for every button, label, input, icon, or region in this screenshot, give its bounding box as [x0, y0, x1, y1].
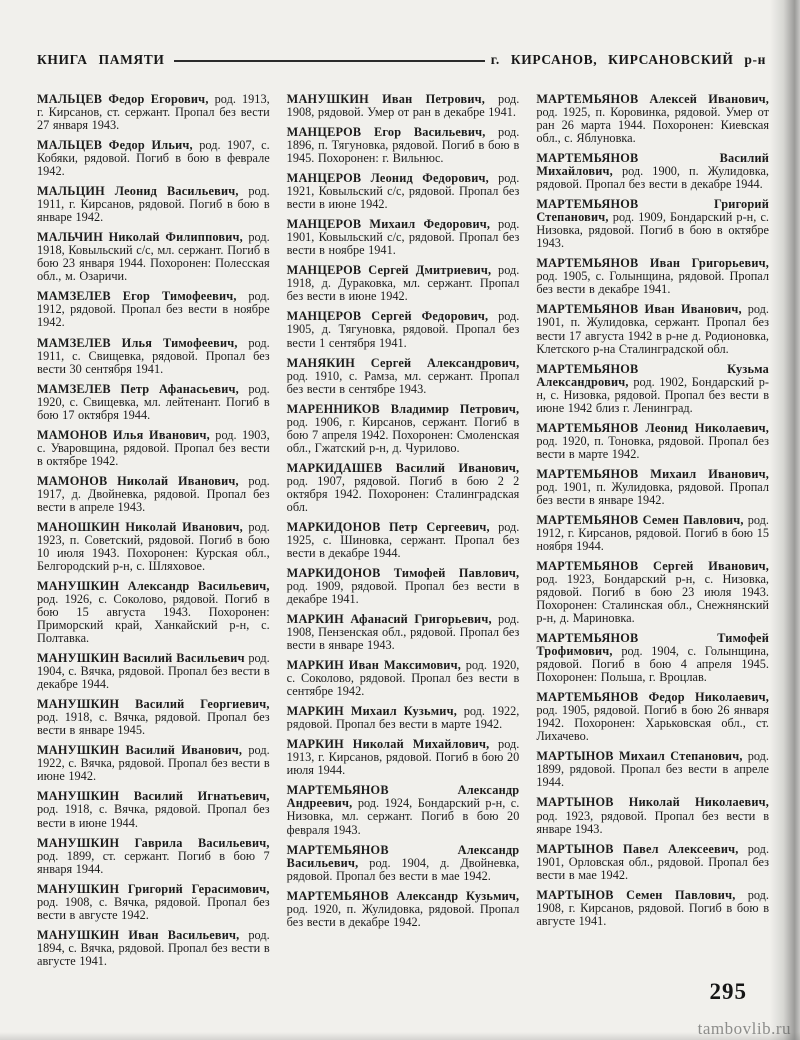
- scanned-book-page: КНИГА ПАМЯТИ г. КИРСАНОВ, КИРСАНОВСКИЙ р…: [0, 0, 800, 1040]
- entry-person-name: МАРТЕМЬЯНОВ Александр Васильевич,: [287, 843, 520, 870]
- memorial-entry: МАНУШКИН Иван Васильевич, род. 1894, с. …: [37, 929, 270, 968]
- entry-person-name: МАРТЕМЬЯНОВ Сергей Иванович,: [536, 559, 769, 573]
- column-3: МАРТЕМЬЯНОВ Алексей Иванович, род. 1925,…: [536, 93, 769, 975]
- memorial-entry: МАРКИДАШЕВ Василий Иванович, род. 1907, …: [287, 462, 520, 514]
- memorial-entry: МАНУШКИН Василий Васильевич род. 1904, с…: [37, 652, 270, 691]
- entry-person-name: МАНУШКИН Григорий Герасимович,: [37, 882, 270, 896]
- memorial-entry: МАРТЕМЬЯНОВ Кузьма Александрович, род. 1…: [536, 363, 769, 415]
- memorial-entry: МАРТЫНОВ Павел Алексеевич, род. 1901, Ор…: [536, 843, 769, 882]
- memorial-entry: МАРТЕМЬЯНОВ Алексей Иванович, род. 1925,…: [536, 93, 769, 145]
- entry-person-name: МАЛЬЦЕВ Федор Ильич,: [37, 138, 193, 152]
- entry-person-name: МАЛЬЧИН Николай Филиппович,: [37, 230, 243, 244]
- memorial-entry: МАНЯКИН Сергей Александрович, род. 1910,…: [287, 357, 520, 396]
- entry-person-name: МАРТЕМЬЯНОВ Кузьма Александрович,: [536, 362, 769, 389]
- entry-person-name: МАРТЕМЬЯНОВ Александр Кузьмич,: [287, 889, 520, 903]
- memorial-entry: МАРКИН Николай Михайлович, род. 1913, г.…: [287, 738, 520, 777]
- entry-person-name: МАРТЫНОВ Михаил Степанович,: [536, 749, 742, 763]
- entry-person-name: МАНЦЕРОВ Сергей Федорович,: [287, 309, 489, 323]
- memorial-entry: МАРТЕМЬЯНОВ Тимофей Трофимович, род. 190…: [536, 632, 769, 684]
- entry-person-name: МАНУШКИН Гаврила Васильевич,: [37, 836, 270, 850]
- memorial-entry: МАРКИДОНОВ Петр Сергеевич, род. 1925, с.…: [287, 521, 520, 560]
- entry-person-name: МАНУШКИН Александр Васильевич,: [37, 579, 270, 593]
- memorial-entry: МАНУШКИН Василий Игнатьевич, род. 1918, …: [37, 790, 270, 829]
- memorial-entry: МАРТЕМЬЯНОВ Александр Васильевич, род. 1…: [287, 844, 520, 883]
- entry-person-name: МАМОНОВ Илья Иванович,: [37, 428, 210, 442]
- entry-person-name: МАНУШКИН Иван Васильевич,: [37, 928, 239, 942]
- memorial-entry: МАНУШКИН Григорий Герасимович, род. 1908…: [37, 883, 270, 922]
- entry-person-name: МАРЕННИКОВ Владимир Петрович,: [287, 402, 520, 416]
- library-watermark: tambovlib.ru: [698, 1019, 791, 1039]
- entry-person-name: МАРКИН Николай Михайлович,: [287, 737, 490, 751]
- memorial-entry: МАНЦЕРОВ Михаил Федорович, род. 1901, Ко…: [287, 218, 520, 257]
- memorial-entry: МАНУШКИН Иван Петрович, род. 1908, рядов…: [287, 93, 520, 119]
- memorial-entry: МАРТЕМЬЯНОВ Иван Григорьевич, род. 1905,…: [536, 257, 769, 296]
- memorial-entry: МАЛЬЧИН Николай Филиппович, род. 1918, К…: [37, 231, 270, 283]
- memorial-entry: МАНЦЕРОВ Сергей Дмитриевич, род. 1918, д…: [287, 264, 520, 303]
- entry-person-name: МАНУШКИН Василий Георгиевич,: [37, 697, 270, 711]
- entry-person-name: МАРТЕМЬЯНОВ Федор Николаевич,: [536, 690, 769, 704]
- memorial-entry: МАНОШКИН Николай Иванович, род. 1923, п.…: [37, 521, 270, 573]
- page-header: КНИГА ПАМЯТИ г. КИРСАНОВ, КИРСАНОВСКИЙ р…: [37, 52, 766, 68]
- entry-person-name: МАРТЕМЬЯНОВ Григорий Степанович,: [536, 197, 769, 224]
- entry-person-name: МАРТЫНОВ Семен Павлович,: [536, 888, 735, 902]
- entry-person-name: МАМЗЕЛЕВ Петр Афанасьевич,: [37, 382, 239, 396]
- entry-person-name: МАРТЕМЬЯНОВ Семен Павлович,: [536, 513, 743, 527]
- memorial-entry: МАМОНОВ Николай Иванович, род. 1917, д. …: [37, 475, 270, 514]
- entry-person-name: МАРТЫНОВ Павел Алексеевич,: [536, 842, 738, 856]
- entry-person-name: МАНЯКИН Сергей Александрович,: [287, 356, 520, 370]
- entry-person-name: МАНЦЕРОВ Егор Васильевич,: [287, 125, 486, 139]
- entry-person-name: МАМЗЕЛЕВ Егор Тимофеевич,: [37, 289, 237, 303]
- entry-person-name: МАРТЕМЬЯНОВ Михаил Иванович,: [536, 467, 769, 481]
- entry-person-name: МАНЦЕРОВ Михаил Федорович,: [287, 217, 490, 231]
- column-2: МАНУШКИН Иван Петрович, род. 1908, рядов…: [287, 93, 520, 975]
- memorial-entry: МАЛЬЦЕВ Федор Ильич, род. 1907, с. Кобяк…: [37, 139, 270, 178]
- memorial-entry: МАРТЕМЬЯНОВ Семен Павлович, род. 1912, г…: [536, 514, 769, 553]
- scan-edge-shadow: [770, 0, 800, 1040]
- entry-person-name: МАНЦЕРОВ Леонид Федорович,: [287, 171, 489, 185]
- memorial-entry: МАРТЕМЬЯНОВ Леонид Николаевич, род. 1920…: [536, 422, 769, 461]
- entry-person-name: МАНУШКИН Василий Игнатьевич,: [37, 789, 270, 803]
- memorial-entry: МАРКИН Иван Максимович, род. 1920, с. Со…: [287, 659, 520, 698]
- entry-person-name: МАНОШКИН Николай Иванович,: [37, 520, 243, 534]
- entry-person-name: МАРТЕМЬЯНОВ Василий Михайлович,: [536, 151, 769, 178]
- memorial-entry: МАМЗЕЛЕВ Илья Тимофеевич, род. 1911, с. …: [37, 337, 270, 376]
- entry-person-name: МАРТЫНОВ Николай Николаевич,: [536, 795, 769, 809]
- memorial-entry: МАМЗЕЛЕВ Петр Афанасьевич, род. 1920, с.…: [37, 383, 270, 422]
- entry-person-name: МАРТЕМЬЯНОВ Тимофей Трофимович,: [536, 631, 769, 658]
- entry-person-name: МАМОНОВ Николай Иванович,: [37, 474, 239, 488]
- page-number: 295: [710, 979, 748, 1005]
- memorial-entry: МАНУШКИН Александр Васильевич, род. 1926…: [37, 580, 270, 645]
- entry-person-name: МАРКИДАШЕВ Василий Иванович,: [287, 461, 520, 475]
- entry-person-name: МАЛЬЦИН Леонид Васильевич,: [37, 184, 239, 198]
- entry-person-name: МАРТЕМЬЯНОВ Иван Григорьевич,: [536, 256, 769, 270]
- memorial-entry: МАРТЕМЬЯНОВ Федор Николаевич, род. 1905,…: [536, 691, 769, 743]
- memorial-entry: МАРКИН Афанасий Григорьевич, род. 1908, …: [287, 613, 520, 652]
- memorial-entry: МАРТЕМЬЯНОВ Сергей Иванович, род. 1923, …: [536, 560, 769, 625]
- memorial-entry: МАРТЫНОВ Михаил Степанович, род. 1899, р…: [536, 750, 769, 789]
- memorial-entry: МАМЗЕЛЕВ Егор Тимофеевич, род. 1912, ряд…: [37, 290, 270, 329]
- memorial-entry: МАНУШКИН Гаврила Васильевич, род. 1899, …: [37, 837, 270, 876]
- memorial-entry: МАЛЬЦЕВ Федор Егорович, род. 1913, г. Ки…: [37, 93, 270, 132]
- memorial-entry: МАРКИДОНОВ Тимофей Павлович, род. 1909, …: [287, 567, 520, 606]
- entry-person-name: МАРТЕМЬЯНОВ Александр Андреевич,: [287, 783, 520, 810]
- memorial-entry: МАНУШКИН Василий Иванович, род. 1922, с.…: [37, 744, 270, 783]
- entry-person-name: МАМЗЕЛЕВ Илья Тимофеевич,: [37, 336, 238, 350]
- entry-person-name: МАНУШКИН Иван Петрович,: [287, 92, 485, 106]
- header-divider-line: [174, 60, 484, 62]
- entry-person-name: МАНУШКИН Василий Васильевич: [37, 651, 245, 665]
- memorial-entry: МАРТЕМЬЯНОВ Александр Кузьмич, род. 1920…: [287, 890, 520, 929]
- memorial-entry: МАНЦЕРОВ Егор Васильевич, род. 1896, п. …: [287, 126, 520, 165]
- entry-person-name: МАНЦЕРОВ Сергей Дмитриевич,: [287, 263, 492, 277]
- memorial-entry: МАНУШКИН Василий Георгиевич, род. 1918, …: [37, 698, 270, 737]
- entry-person-name: МАРКИН Михаил Кузьмич,: [287, 704, 457, 718]
- book-title: КНИГА ПАМЯТИ: [37, 52, 164, 68]
- memorial-entry: МАРКИН Михаил Кузьмич, род. 1922, рядово…: [287, 705, 520, 731]
- memorial-entry: МАНЦЕРОВ Леонид Федорович, род. 1921, Ко…: [287, 172, 520, 211]
- entry-person-name: МАРТЕМЬЯНОВ Алексей Иванович,: [536, 92, 769, 106]
- memorial-entry: МАМОНОВ Илья Иванович, род. 1903, с. Ува…: [37, 429, 270, 468]
- memorial-entry: МАЛЬЦИН Леонид Васильевич, род. 1911, г.…: [37, 185, 270, 224]
- column-1: МАЛЬЦЕВ Федор Егорович, род. 1913, г. Ки…: [37, 93, 270, 975]
- entry-person-name: МАРКИДОНОВ Тимофей Павлович,: [287, 566, 520, 580]
- memorial-entry: МАРЕННИКОВ Владимир Петрович, род. 1906,…: [287, 403, 520, 455]
- entry-person-name: МАРКИН Иван Максимович,: [287, 658, 461, 672]
- memorial-entry: МАРТЕМЬЯНОВ Василий Михайлович, род. 190…: [536, 152, 769, 191]
- memorial-entry: МАРТЕМЬЯНОВ Григорий Степанович, род. 19…: [536, 198, 769, 250]
- memorial-entry: МАРТЫНОВ Николай Николаевич, род. 1923, …: [536, 796, 769, 835]
- entry-person-name: МАРТЕМЬЯНОВ Леонид Николаевич,: [536, 421, 769, 435]
- memorial-entry: МАРТЫНОВ Семен Павлович, род. 1908, г. К…: [536, 889, 769, 928]
- entry-person-name: МАРКИН Афанасий Григорьевич,: [287, 612, 492, 626]
- entry-person-name: МАРТЕМЬЯНОВ Иван Иванович,: [536, 302, 741, 316]
- memorial-columns: МАЛЬЦЕВ Федор Егорович, род. 1913, г. Ки…: [37, 93, 769, 975]
- entry-person-name: МАЛЬЦЕВ Федор Егорович,: [37, 92, 209, 106]
- memorial-entry: МАРТЕМЬЯНОВ Михаил Иванович, род. 1901, …: [536, 468, 769, 507]
- memorial-entry: МАНЦЕРОВ Сергей Федорович, род. 1905, д.…: [287, 310, 520, 349]
- district-title: г. КИРСАНОВ, КИРСАНОВСКИЙ р-н: [491, 52, 766, 68]
- memorial-entry: МАРТЕМЬЯНОВ Александр Андреевич, род. 19…: [287, 784, 520, 836]
- entry-person-name: МАНУШКИН Василий Иванович,: [37, 743, 242, 757]
- scan-bottom-shadow: [0, 1032, 800, 1040]
- entry-person-name: МАРКИДОНОВ Петр Сергеевич,: [287, 520, 490, 534]
- memorial-entry: МАРТЕМЬЯНОВ Иван Иванович, род. 1901, п.…: [536, 303, 769, 355]
